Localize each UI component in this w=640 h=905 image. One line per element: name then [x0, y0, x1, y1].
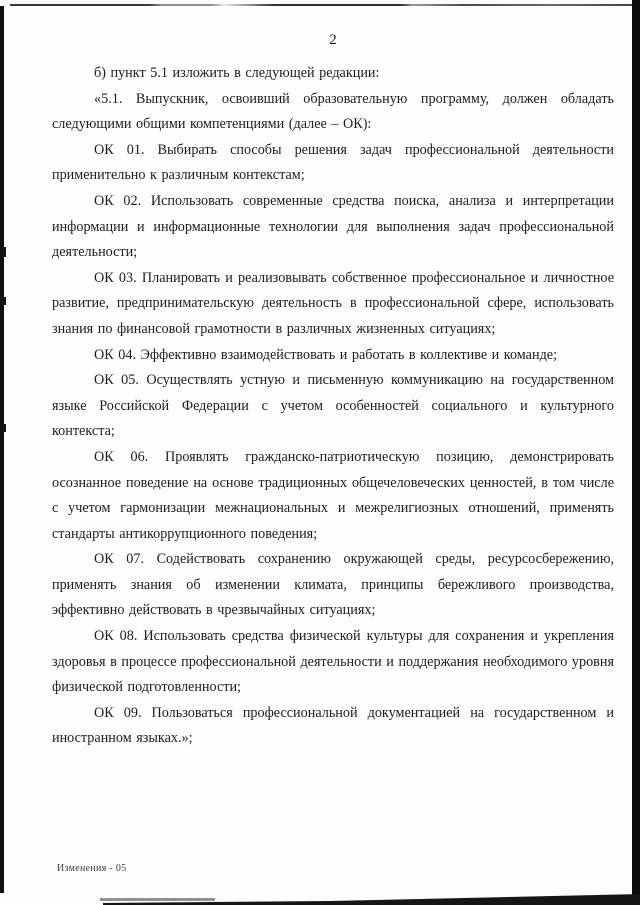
- paragraph-ok-01: ОК 01. Выбирать способы решения задач пр…: [52, 138, 614, 189]
- paragraph-ok-07: ОК 07. Содействовать сохранению окружающ…: [52, 547, 614, 624]
- paragraph-ok-06: ОК 06. Проявлять гражданско-патриотическ…: [52, 445, 614, 547]
- paragraph-ok-04: ОК 04. Эффективно взаимодействовать и ра…: [52, 343, 614, 369]
- paragraph-ok-05: ОК 05. Осуществлять устную и письменную …: [52, 368, 614, 445]
- scan-top-edge-line: [10, 4, 640, 6]
- scan-left-edge-mark: [0, 247, 6, 257]
- scan-bottom-edge-band: [0, 891, 640, 905]
- footer-revision-label: Изменения - 05: [57, 863, 126, 874]
- scan-right-edge-bar: [632, 0, 640, 905]
- page-number: 2: [52, 32, 614, 49]
- paragraph-ok-09: ОК 09. Пользоваться профессиональной док…: [52, 701, 614, 752]
- scan-left-edge-mark: [0, 297, 6, 305]
- paragraph-clause-5-1: «5.1. Выпускник, освоивший образовательн…: [52, 87, 614, 138]
- scan-left-edge-mark: [0, 424, 6, 432]
- paragraph-ok-08: ОК 08. Использовать средства физической …: [52, 624, 614, 701]
- paragraph-amendment-intro: б) пункт 5.1 изложить в следующей редакц…: [52, 61, 614, 87]
- scanned-document-page: 2 б) пункт 5.1 изложить в следующей реда…: [0, 0, 640, 905]
- document-body: б) пункт 5.1 изложить в следующей редакц…: [52, 61, 614, 752]
- scan-left-edge-bar: [0, 6, 4, 893]
- paragraph-ok-02: ОК 02. Использовать современные средства…: [52, 189, 614, 266]
- paragraph-ok-03: ОК 03. Планировать и реализовывать собст…: [52, 266, 614, 343]
